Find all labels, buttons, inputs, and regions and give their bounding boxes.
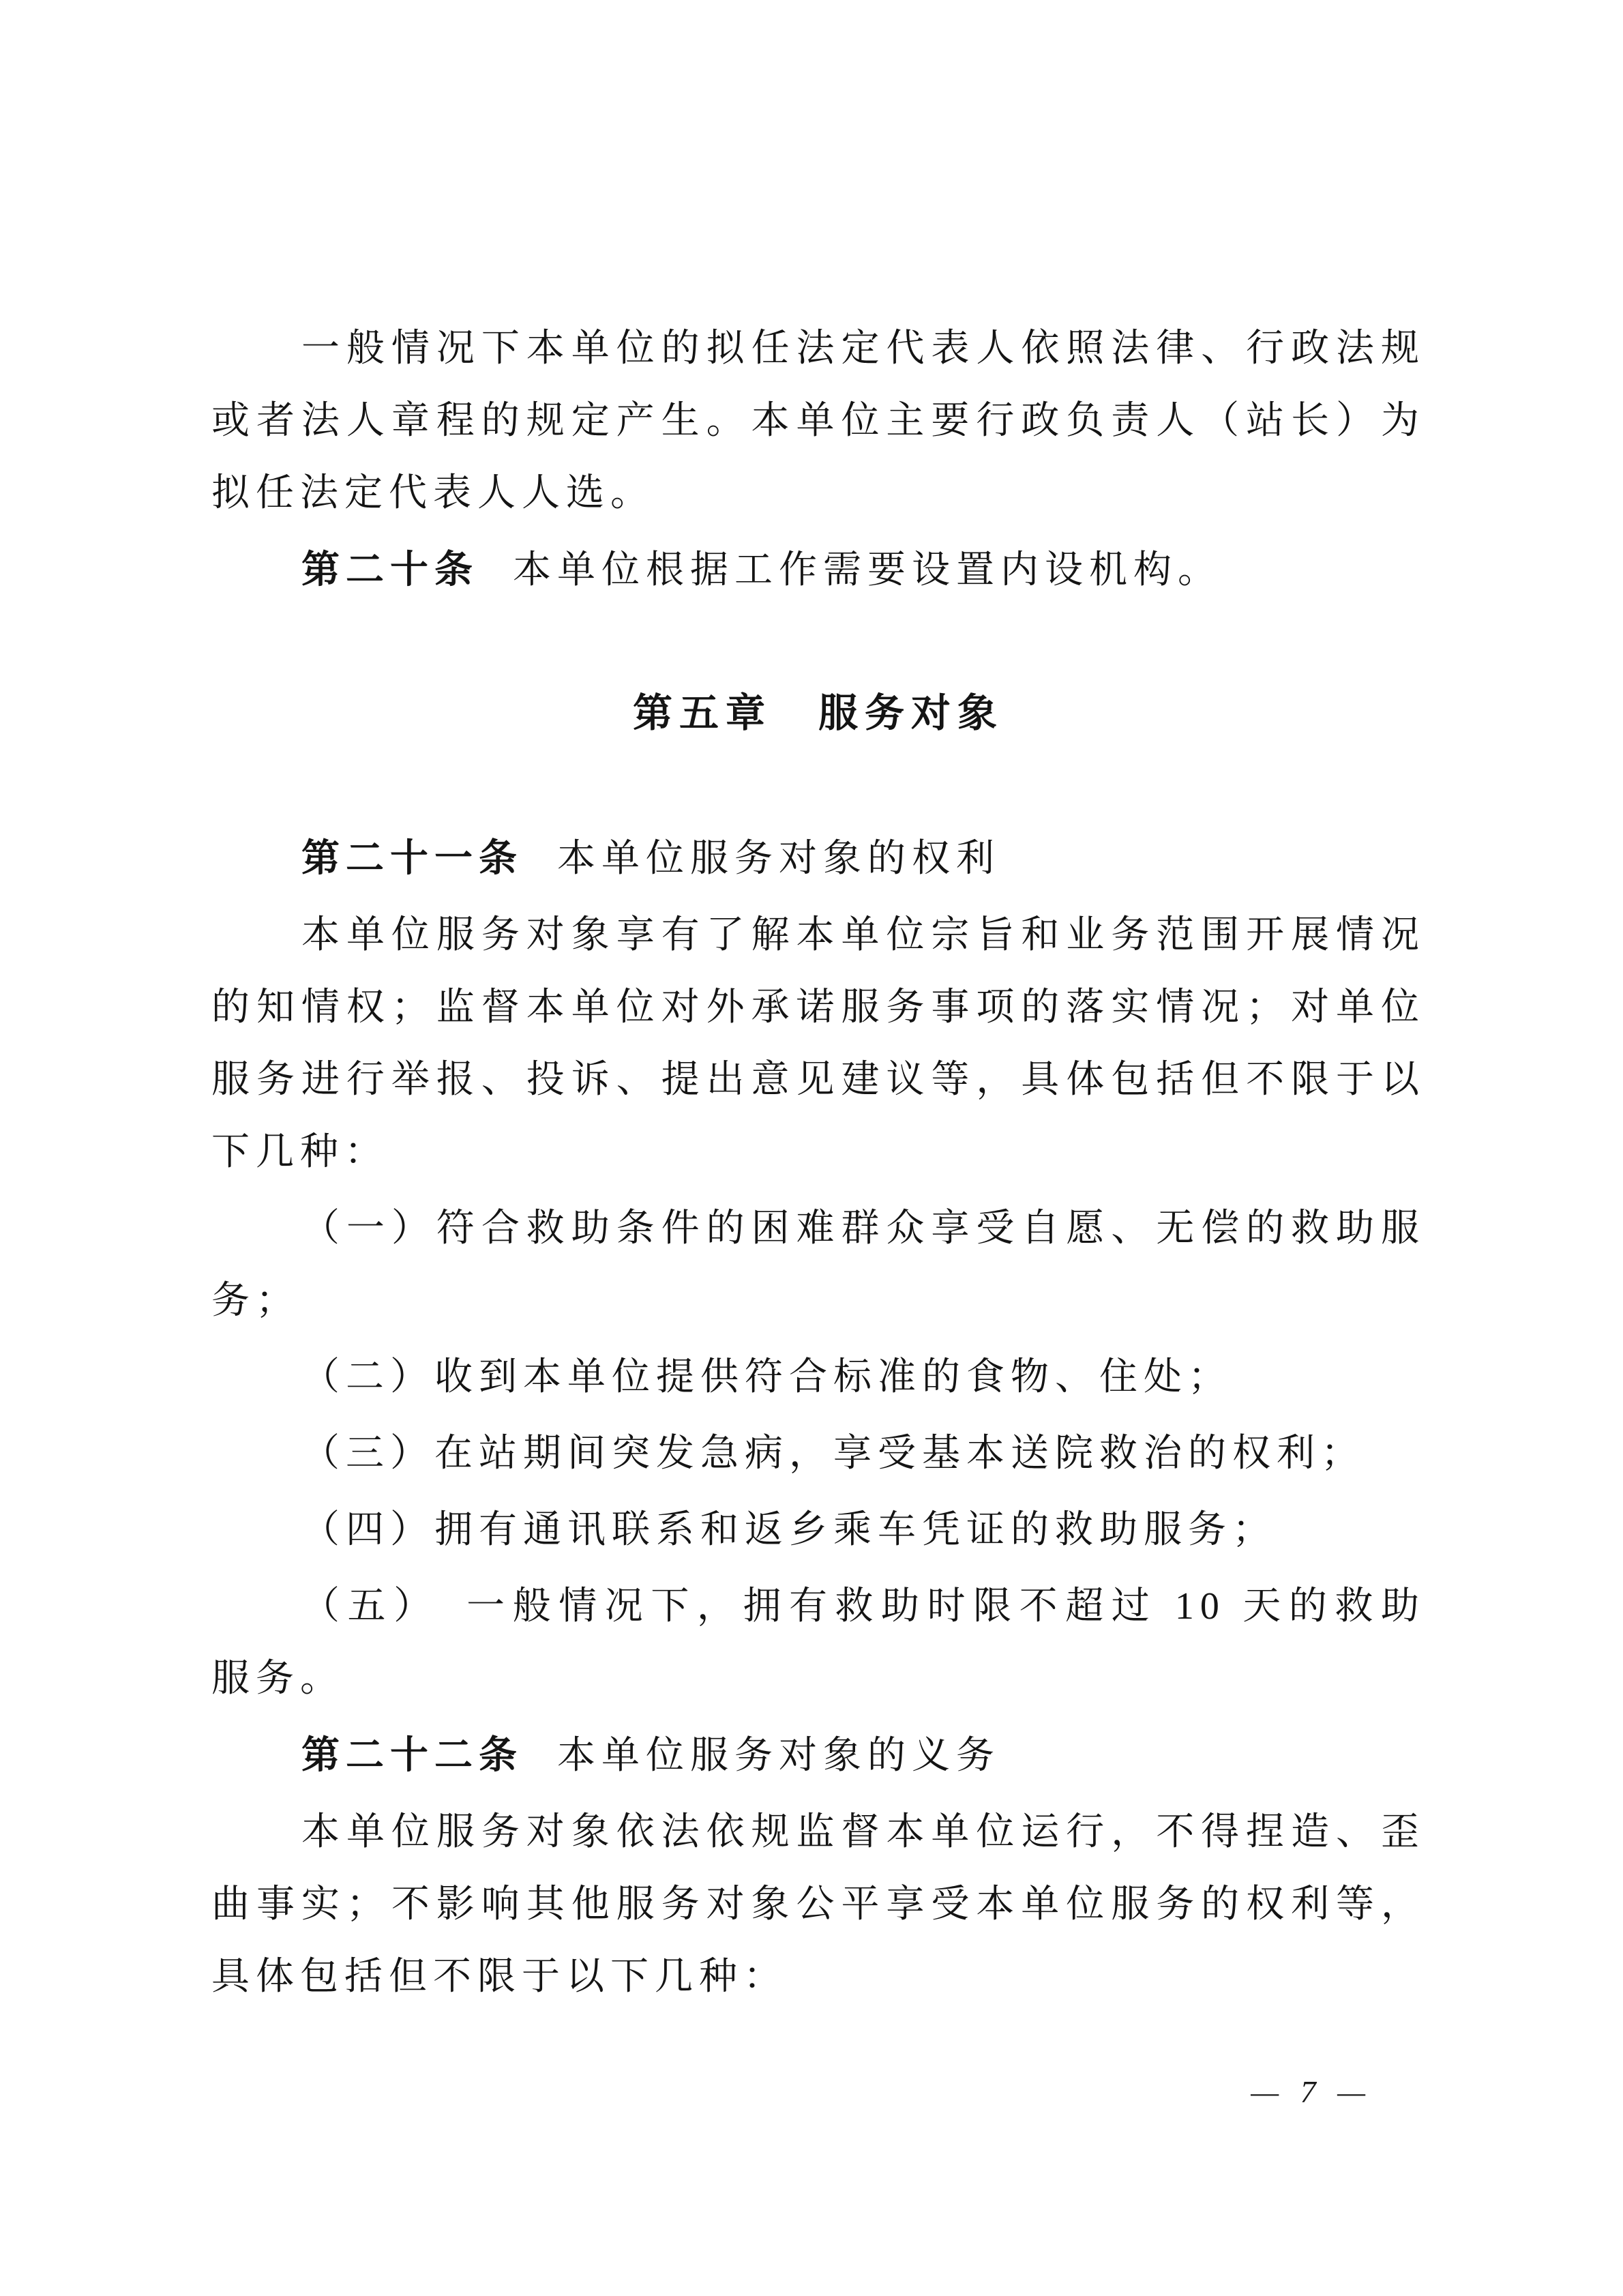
para-service-duties-intro: 本单位服务对象依法依规监督本单位运行，不得捏造、歪曲事实；不影响其他服务对象公平… [211, 1796, 1425, 2013]
article-22-number: 第二十二条 [301, 1733, 523, 1776]
para-legal-representative: 一般情况下本单位的拟任法定代表人依照法律、行政法规或者法人章程的规定产生。本单位… [211, 312, 1425, 529]
list-item-4: （四）拥有通讯联系和返乡乘车凭证的救助服务； [211, 1494, 1425, 1566]
article-20: 第二十条本单位根据工作需要设置内设机构。 [211, 533, 1425, 606]
list-item-1: （一）符合救助条件的困难群众享受自愿、无偿的救助服务； [211, 1192, 1425, 1337]
document-page: 一般情况下本单位的拟任法定代表人依照法律、行政法规或者法人章程的规定产生。本单位… [0, 0, 1623, 2296]
page-number: — 7 — [1251, 2074, 1372, 2110]
list-item-3: （三）在站期间突发急病，享受基本送院救治的权利； [211, 1417, 1425, 1490]
article-21-text: 本单位服务对象的权利 [557, 838, 1000, 880]
chapter-5-heading: 第五章 服务对象 [211, 676, 1425, 751]
article-20-text: 本单位根据工作需要设置内设机构。 [513, 549, 1222, 591]
document-body: 一般情况下本单位的拟任法定代表人依照法律、行政法规或者法人章程的规定产生。本单位… [211, 308, 1425, 2017]
article-21: 第二十一条本单位服务对象的权利 [211, 822, 1425, 895]
article-22: 第二十二条本单位服务对象的义务 [211, 1719, 1425, 1792]
list-item-2: （二）收到本单位提供符合标准的食物、住处； [211, 1341, 1425, 1413]
para-service-rights-intro: 本单位服务对象享有了解本单位宗旨和业务范围开展情况的知情权；监督本单位对外承诺服… [211, 899, 1425, 1188]
list-item-5: （五） 一般情况下，拥有救助时限不超过 10 天的救助服务。 [211, 1570, 1425, 1715]
article-20-number: 第二十条 [301, 548, 479, 591]
article-22-text: 本单位服务对象的义务 [557, 1735, 1000, 1777]
article-21-number: 第二十一条 [301, 836, 523, 879]
